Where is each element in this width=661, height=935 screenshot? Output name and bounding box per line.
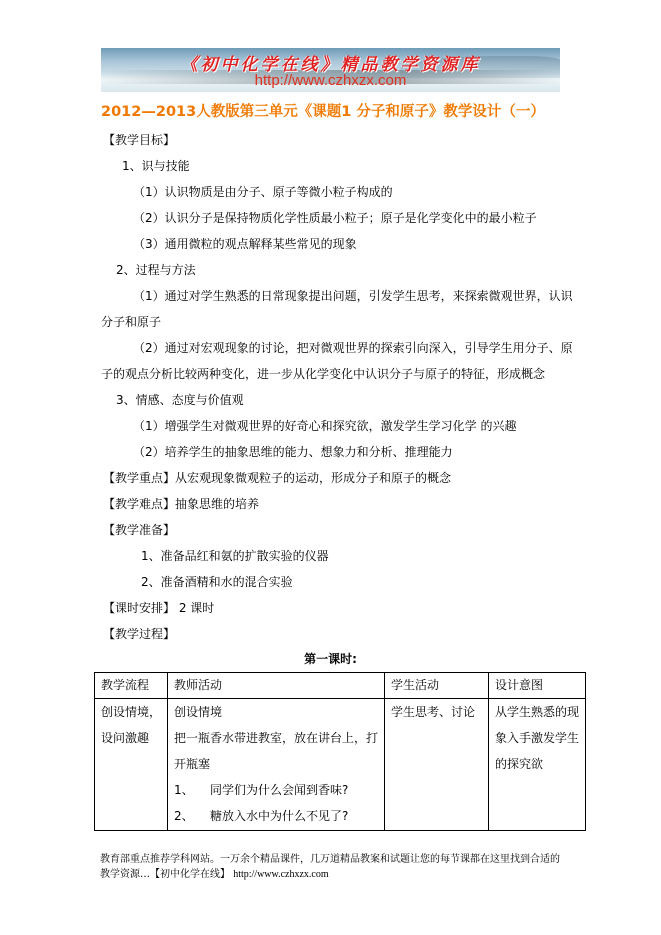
goal3-heading: 3、情感、态度与价值观 [116,393,244,407]
teacher-question-1: 1、同学们为什么会闻到香味? [174,777,378,803]
goal2-heading: 2、过程与方法 [116,263,196,277]
lesson-heading: 第一课时: [0,650,661,667]
flow-line-1: 创设情境， [101,699,161,725]
table-header-row: 教学流程 教师活动 学生活动 设计意图 [95,673,586,699]
banner-url-link[interactable]: http://www.czhxzx.com [101,72,560,90]
intent-line-1: 从学生熟悉的现 [495,699,579,725]
table-row: 创设情境， 设问激趣 创设情境 把一瓶香水带进教室，放在讲台上，打 开瓶塞 1、… [95,699,586,831]
goal1-heading: 1、识与技能 [122,159,190,173]
goal2-item-1-line-2: 分子和原子 [101,315,161,329]
header-student-activity: 学生活动 [385,673,489,699]
question-1-text: 同学们为什么会闻到香味? [210,783,348,797]
goal3-item-2: （2）培养学生的抽象思维的能力、想象力和分析、推理能力 [133,445,453,459]
site-banner[interactable]: 《初中化学在线》精品教学资源库 http://www.czhxzx.com [101,48,560,92]
footer-line-2: 教学资源…【初中化学在线】 http://www.czhxzx.com [100,867,570,882]
goal1-item-2: （2）认识分子是保持物质化学性质最小粒子；原子是化学变化中的最小粒子 [133,211,537,225]
question-2-text: 糖放入水中为什么不见了? [210,809,348,823]
footer-prefix: 教学资源…【初中化学在线】 [100,869,230,880]
header-design-intent: 设计意图 [489,673,586,699]
page-footer: 教育部重点推荐学科网站。一万余个精品课件，几万道精品教案和试题让您的每节课都在这… [100,852,570,882]
prep-item-2: 2、准备酒精和水的混合实验 [141,575,293,589]
header-teacher-activity: 教师活动 [168,673,385,699]
question-2-number: 2、 [174,803,210,829]
teacher-line-2: 把一瓶香水带进教室，放在讲台上，打 [174,725,378,751]
goal2-item-2-line-2: 子的观点分析比较两种变化，进一步从化学变化中认识分子与原子的特征，形成概念 [101,367,545,381]
process-heading: 【教学过程】 [103,627,175,641]
teacher-line-3: 开瓶塞 [174,751,378,777]
prep-heading: 【教学准备】 [103,523,175,537]
flow-line-2: 设问激趣 [101,725,161,751]
header-flow: 教学流程 [95,673,168,699]
teacher-line-1: 创设情境 [174,699,378,725]
schedule: 【课时安排】 2 课时 [103,601,214,615]
footer-url-link[interactable]: http://www.czhxzx.com [233,869,328,880]
footer-line-1: 教育部重点推荐学科网站。一万余个精品课件，几万道精品教案和试题让您的每节课都在这… [100,852,570,867]
goal1-item-1: （1）认识物质是由分子、原子等微小粒子构成的 [133,185,393,199]
cell-teacher-activity: 创设情境 把一瓶香水带进教室，放在讲台上，打 开瓶塞 1、同学们为什么会闻到香味… [168,699,385,831]
question-1-number: 1、 [174,777,210,803]
teaching-process-table: 教学流程 教师活动 学生活动 设计意图 创设情境， 设问激趣 创设情境 把一瓶香… [94,672,586,831]
intent-line-2: 象入手激发学生 [495,725,579,751]
goal2-item-1-line-1: （1）通过对学生熟悉的日常现象提出问题，引发学生思考，来探索微观世界，认识 [133,289,573,303]
prep-item-1: 1、准备品红和氨的扩散实验的仪器 [141,549,329,563]
cell-flow: 创设情境， 设问激趣 [95,699,168,831]
goal3-item-1: （1）增强学生对微观世界的好奇心和探究欲，激发学生学习化学 的兴趣 [133,419,516,433]
key-point: 【教学重点】从宏观现象微观粒子的运动，形成分子和原子的概念 [103,471,451,485]
goals-heading: 【教学目标】 [103,133,175,147]
cell-design-intent: 从学生熟悉的现 象入手激发学生 的探究欲 [489,699,586,831]
goal1-item-3: （3）通用微粒的观点解释某些常见的现象 [133,237,357,251]
cell-student-activity: 学生思考、讨论 [385,699,489,831]
document-title: 2012—2013人教版第三单元《课题1 分子和原子》教学设计（一） [101,100,571,121]
teacher-question-2: 2、糖放入水中为什么不见了? [174,803,378,829]
goal2-item-2-line-1: （2）通过对宏观现象的讨论，把对微观世界的探索引向深入，引导学生用分子、原 [133,341,573,355]
student-activity-text: 学生思考、讨论 [391,699,482,725]
difficulty: 【教学难点】抽象思维的培养 [103,497,259,511]
intent-line-3: 的探究欲 [495,751,579,777]
